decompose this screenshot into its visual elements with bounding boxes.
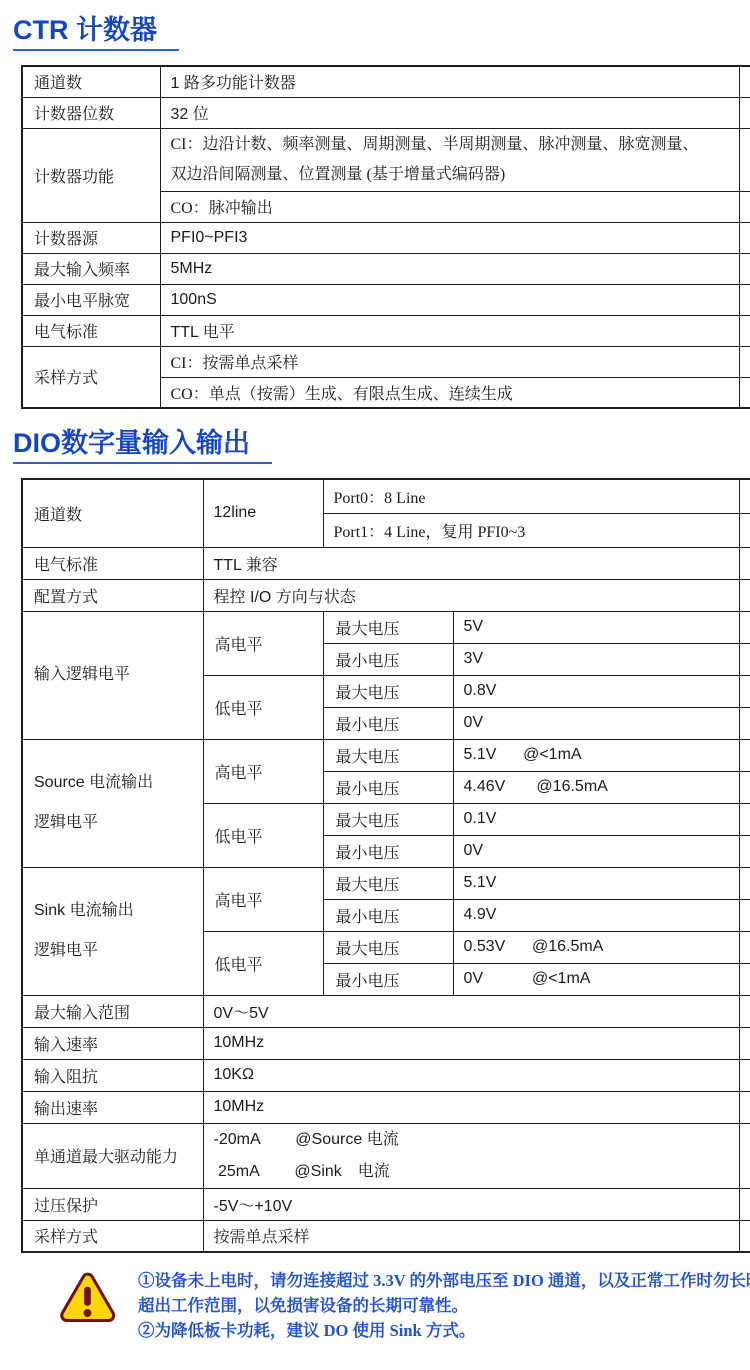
spec-key-cell: 最小电压 [323,707,453,739]
spec-value-cell: TTL 电平 [160,315,739,346]
spec-label-cell: 采样方式 [22,1220,203,1252]
spec-value-cell: PFI0~PFI3 [160,222,739,253]
spec-label-cell: 输入阻抗 [22,1059,203,1091]
table-edge-ghost-cell [739,315,750,346]
table-edge-ghost-cell [739,1027,750,1059]
table-edge-ghost-cell [739,547,750,579]
table-edge-ghost-cell [739,899,750,931]
table-row: 计数器位数 32 位 [22,97,750,128]
spec-value-cell: 0V @<1mA [453,963,739,995]
spec-value-cell: 100nS [160,284,739,315]
spec-key-cell: 最小电压 [323,963,453,995]
spec-label-cell: 通道数 [22,479,203,547]
table-edge-ghost-cell [739,191,750,222]
table-row: 最大输入范围 0V～5V [22,995,750,1027]
spec-value-cell: 按需单点采样 [203,1220,739,1252]
spec-key-cell: 最小电压 [323,771,453,803]
spec-value-cell: TTL 兼容 [203,547,739,579]
spec-label-cell: Sink 电流输出 逻辑电平 [22,867,203,995]
spec-value-cell: Port1：4 Line，复用 PFI0~3 [323,513,739,547]
table-edge-ghost-cell [739,253,750,284]
table-edge-ghost-cell [739,867,750,899]
table-row: 过压保护 -5V～+10V [22,1188,750,1220]
table-edge-ghost-cell [739,739,750,771]
spec-level-cell: 低电平 [203,675,323,739]
spec-label-cell: 计数器位数 [22,97,160,128]
spec-value-cell: 0V [453,835,739,867]
table-row: 计数器功能 CI：边沿计数、频率测量、周期测量、半周期测量、脉冲测量、脉宽测量、… [22,128,750,191]
spec-label-cell: 计数器功能 [22,128,160,222]
spec-key-cell: 最大电压 [323,931,453,963]
table-edge-ghost-cell [739,284,750,315]
table-row: 输入速率 10MHz [22,1027,750,1059]
spec-value-cell: 0.8V [453,675,739,707]
warning-note: ①设备未上电时，请勿连接超过 3.3V 的外部电压至 DIO 通道，以及正常工作… [57,1267,750,1343]
warning-line: 超出工作范围，以免损害设备的长期可靠性。 [138,1293,750,1318]
table-row: 采样方式 按需单点采样 [22,1220,750,1252]
spec-value-cell: 10MHz [203,1027,739,1059]
table-edge-ghost-cell [739,963,750,995]
spec-key-cell: 最大电压 [323,611,453,643]
spec-value-cell: 0.1V [453,803,739,835]
spec-label-cell: 通道数 [22,66,160,97]
spec-value-cell: 5.1V [453,867,739,899]
spec-label-cell: 计数器源 [22,222,160,253]
spec-value-cell: CI：边沿计数、频率测量、周期测量、半周期测量、脉冲测量、脉宽测量、 双边沿间隔… [160,128,739,191]
table-row: Source 电流输出 逻辑电平 高电平 最大电压 5.1V @<1mA [22,739,750,771]
table-edge-ghost-cell [739,1059,750,1091]
table-edge-ghost-cell [739,579,750,611]
spec-value-cell: 10MHz [203,1091,739,1123]
table-row: 输入逻辑电平 高电平 最大电压 5V [22,611,750,643]
spec-level-cell: 高电平 [203,739,323,803]
spec-value-cell: 32 位 [160,97,739,128]
table-edge-ghost-cell [739,66,750,97]
table-row: 电气标准 TTL 兼容 [22,547,750,579]
spec-value-cell: 0V [453,707,739,739]
spec-value-cell: 0V～5V [203,995,739,1027]
spec-value-cell: -20mA @Source 电流 25mA @Sink 电流 [203,1123,739,1188]
section-title-dio-text: DIO数字量输入输出 [13,428,272,464]
spec-value-cell: CI：按需单点采样 [160,346,739,377]
section-title-dio: DIO数字量输入输出 [13,428,750,464]
table-edge-ghost-cell [739,835,750,867]
spec-label-cell: Source 电流输出 逻辑电平 [22,739,203,867]
spec-key-cell: 最小电压 [323,899,453,931]
spec-value-cell: 0.53V @16.5mA [453,931,739,963]
ctr-spec-table: 通道数 1 路多功能计数器 计数器位数 32 位 计数器功能 CI：边沿计数、频… [21,65,750,409]
spec-key-cell: 最大电压 [323,803,453,835]
spec-level-cell: 高电平 [203,611,323,675]
spec-label-cell: 最大输入范围 [22,995,203,1027]
table-edge-ghost-cell [739,995,750,1027]
table-row: 单通道最大驱动能力 -20mA @Source 电流 25mA @Sink 电流 [22,1123,750,1188]
table-edge-ghost-cell [739,611,750,643]
table-row: 最大输入频率 5MHz [22,253,750,284]
table-edge-ghost-cell [739,675,750,707]
table-edge-ghost-cell [739,479,750,513]
spec-label-cell: 过压保护 [22,1188,203,1220]
spec-key-cell: 最小电压 [323,835,453,867]
spec-key-cell: 最大电压 [323,739,453,771]
table-edge-ghost-cell [739,931,750,963]
spec-label-cell: 配置方式 [22,579,203,611]
dio-spec-table: 通道数 12line Port0：8 Line Port1：4 Line，复用 … [21,478,750,1253]
table-edge-ghost-cell [739,97,750,128]
table-row: 电气标准 TTL 电平 [22,315,750,346]
table-row: 计数器源 PFI0~PFI3 [22,222,750,253]
spec-value-cell: 5V [453,611,739,643]
spec-value-cell: CO：脉冲输出 [160,191,739,222]
warning-line: ①设备未上电时，请勿连接超过 3.3V 的外部电压至 DIO 通道，以及正常工作… [138,1268,750,1293]
warning-line: ②为降低板卡功耗，建议 DO 使用 Sink 方式。 [138,1318,750,1343]
table-row: 通道数 12line Port0：8 Line [22,479,750,513]
section-title-ctr-text: CTR 计数器 [13,15,179,51]
spec-value-cell: -5V～+10V [203,1188,739,1220]
spec-label-cell: 电气标准 [22,315,160,346]
spec-value-cell: 4.9V [453,899,739,931]
spec-value-cell: 3V [453,643,739,675]
spec-value-cell: 5MHz [160,253,739,284]
table-edge-ghost-cell [739,643,750,675]
spec-value-cell: 5.1V @<1mA [453,739,739,771]
table-row: 通道数 1 路多功能计数器 [22,66,750,97]
table-edge-ghost-cell [739,128,750,191]
table-row: 最小电平脉宽 100nS [22,284,750,315]
spec-level-cell: 低电平 [203,803,323,867]
spec-label-cell: 输入速率 [22,1027,203,1059]
warning-text: ①设备未上电时，请勿连接超过 3.3V 的外部电压至 DIO 通道，以及正常工作… [138,1267,750,1343]
page: CTR 计数器 通道数 1 路多功能计数器 计数器位数 32 位 计数器功能 C… [0,0,750,1370]
spec-key-cell: 最小电压 [323,643,453,675]
table-edge-ghost-cell [739,1188,750,1220]
table-edge-ghost-cell [739,707,750,739]
spec-value-cell: 4.46V @16.5mA [453,771,739,803]
spec-level-cell: 高电平 [203,867,323,931]
spec-label-cell: 最小电平脉宽 [22,284,160,315]
table-row: 采样方式 CI：按需单点采样 [22,346,750,377]
spec-label-cell: 最大输入频率 [22,253,160,284]
table-edge-ghost-cell [739,222,750,253]
spec-value-cell: 1 路多功能计数器 [160,66,739,97]
table-edge-ghost-cell [739,771,750,803]
spec-value-cell: Port0：8 Line [323,479,739,513]
spec-value-cell: 12line [203,479,323,547]
spec-value-cell: CO：单点（按需）生成、有限点生成、连续生成 [160,377,739,408]
spec-label-cell: 输入逻辑电平 [22,611,203,739]
table-edge-ghost-cell [739,377,750,408]
spec-label-cell: 输出速率 [22,1091,203,1123]
spec-value-cell: 程控 I/O 方向与状态 [203,579,739,611]
spec-key-cell: 最大电压 [323,675,453,707]
table-edge-ghost-cell [739,1123,750,1188]
spec-label-cell: 单通道最大驱动能力 [22,1123,203,1188]
section-title-ctr: CTR 计数器 [13,15,750,51]
table-row: 配置方式 程控 I/O 方向与状态 [22,579,750,611]
spec-label-cell: 电气标准 [22,547,203,579]
spec-key-cell: 最大电压 [323,867,453,899]
spec-label-cell: 采样方式 [22,346,160,408]
table-edge-ghost-cell [739,1091,750,1123]
table-row: 输入阻抗 10KΩ [22,1059,750,1091]
spec-level-cell: 低电平 [203,931,323,995]
table-edge-ghost-cell [739,803,750,835]
spec-value-cell: 10KΩ [203,1059,739,1091]
table-edge-ghost-cell [739,346,750,377]
table-row: Sink 电流输出 逻辑电平 高电平 最大电压 5.1V [22,867,750,899]
table-edge-ghost-cell [739,1220,750,1252]
warning-triangle-icon [57,1271,117,1327]
table-edge-ghost-cell [739,513,750,547]
table-row: 输出速率 10MHz [22,1091,750,1123]
